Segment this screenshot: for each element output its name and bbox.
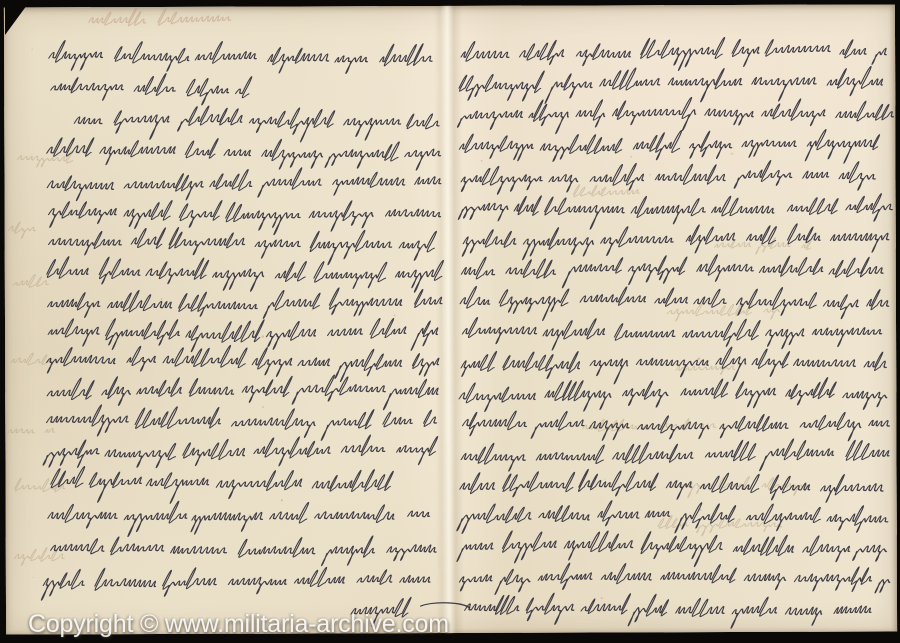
handwriting-line bbox=[37, 568, 437, 601]
show-through-mark bbox=[5, 222, 39, 238]
handwriting-line bbox=[41, 319, 445, 352]
handwriting-line bbox=[456, 161, 884, 195]
bleed-through-marks bbox=[5, 8, 815, 565]
paper-speck bbox=[731, 152, 734, 155]
handwriting-line bbox=[42, 467, 399, 504]
handwriting-line bbox=[40, 228, 444, 265]
handwriting-line bbox=[39, 405, 445, 440]
handwriting-line bbox=[454, 563, 898, 594]
handwriting-line bbox=[39, 257, 451, 292]
show-through-mark bbox=[14, 151, 77, 167]
handwriting-line bbox=[453, 286, 898, 320]
handwriting-line bbox=[454, 347, 895, 384]
paper-speck bbox=[481, 160, 483, 162]
paper-speck bbox=[604, 478, 605, 479]
handwriting-line bbox=[455, 38, 894, 71]
paper-speck bbox=[262, 335, 264, 337]
handwriting-left-page bbox=[37, 41, 475, 626]
show-through-heading bbox=[87, 8, 236, 25]
handwriting-line bbox=[42, 288, 448, 318]
paper-speck bbox=[262, 406, 264, 408]
paper-speck bbox=[394, 315, 396, 317]
show-through-mark bbox=[13, 274, 53, 287]
copyright-watermark: Copyright © www.militaria-archive.com bbox=[28, 610, 449, 639]
paper-speck bbox=[601, 597, 603, 599]
show-through-mark bbox=[8, 428, 56, 433]
handwriting-line bbox=[44, 74, 258, 105]
handwriting-layer bbox=[0, 0, 900, 643]
handwriting-line bbox=[66, 106, 448, 142]
paper-speck bbox=[601, 189, 603, 191]
handwriting-line bbox=[42, 435, 443, 468]
show-through-mark bbox=[572, 185, 642, 197]
handwriting-line bbox=[40, 501, 436, 536]
handwriting-line bbox=[456, 411, 896, 441]
paper-speck bbox=[649, 174, 650, 175]
handwriting-line bbox=[454, 378, 896, 412]
handwriting-line bbox=[40, 201, 448, 235]
handwriting-line bbox=[457, 593, 880, 628]
handwriting-line bbox=[44, 536, 443, 566]
paper-speck bbox=[311, 310, 312, 311]
handwriting-line bbox=[453, 130, 885, 163]
handwriting-right-page bbox=[452, 38, 900, 629]
handwriting-line bbox=[454, 470, 892, 503]
paper-corner-shadow bbox=[5, 5, 27, 35]
handwriting-line bbox=[42, 168, 448, 201]
paper-speck bbox=[33, 577, 34, 578]
handwriting-line bbox=[456, 224, 896, 260]
paper-speck bbox=[111, 320, 112, 321]
paper-speck bbox=[698, 358, 700, 360]
handwriting-line bbox=[452, 67, 890, 104]
handwriting-line bbox=[455, 255, 891, 288]
paper-speck bbox=[32, 48, 33, 49]
scanned-letter: Copyright © www.militaria-archive.com bbox=[0, 0, 900, 643]
handwriting-line bbox=[455, 98, 900, 134]
handwriting-line bbox=[42, 41, 441, 74]
handwriting-line bbox=[455, 531, 896, 566]
handwriting-line bbox=[39, 138, 448, 170]
paper-speck bbox=[281, 499, 283, 501]
handwriting-line bbox=[456, 439, 896, 471]
handwriting-line bbox=[456, 501, 898, 534]
paper-speck bbox=[630, 156, 632, 158]
handwriting-line bbox=[454, 194, 899, 229]
handwriting-line bbox=[41, 375, 446, 409]
handwriting-line bbox=[455, 318, 889, 350]
handwriting-line bbox=[38, 346, 447, 382]
paper-speck bbox=[161, 298, 163, 300]
paper-speck bbox=[834, 307, 836, 309]
